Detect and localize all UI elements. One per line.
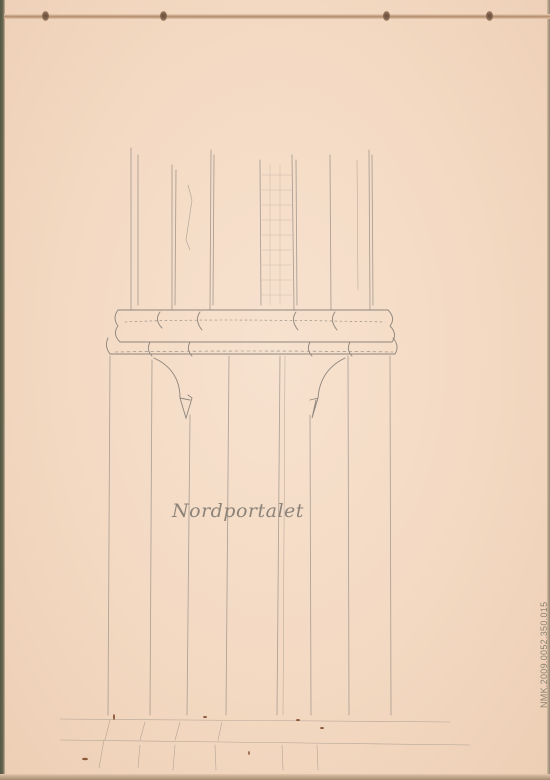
steps: [60, 719, 470, 770]
upper-columns: [131, 148, 373, 310]
lower-pilasters: [108, 356, 391, 715]
sketch-caption: Nordportalet: [172, 500, 304, 522]
corbels: [154, 358, 345, 418]
column-hatching: [262, 165, 292, 305]
inventory-number: NMK.2009.0052.350.015: [539, 602, 549, 708]
sketchbook-page: Nordportalet NMK.2009.0052.350.015: [0, 0, 550, 780]
pencil-drawing: [0, 0, 550, 780]
column-bases: [106, 310, 397, 356]
